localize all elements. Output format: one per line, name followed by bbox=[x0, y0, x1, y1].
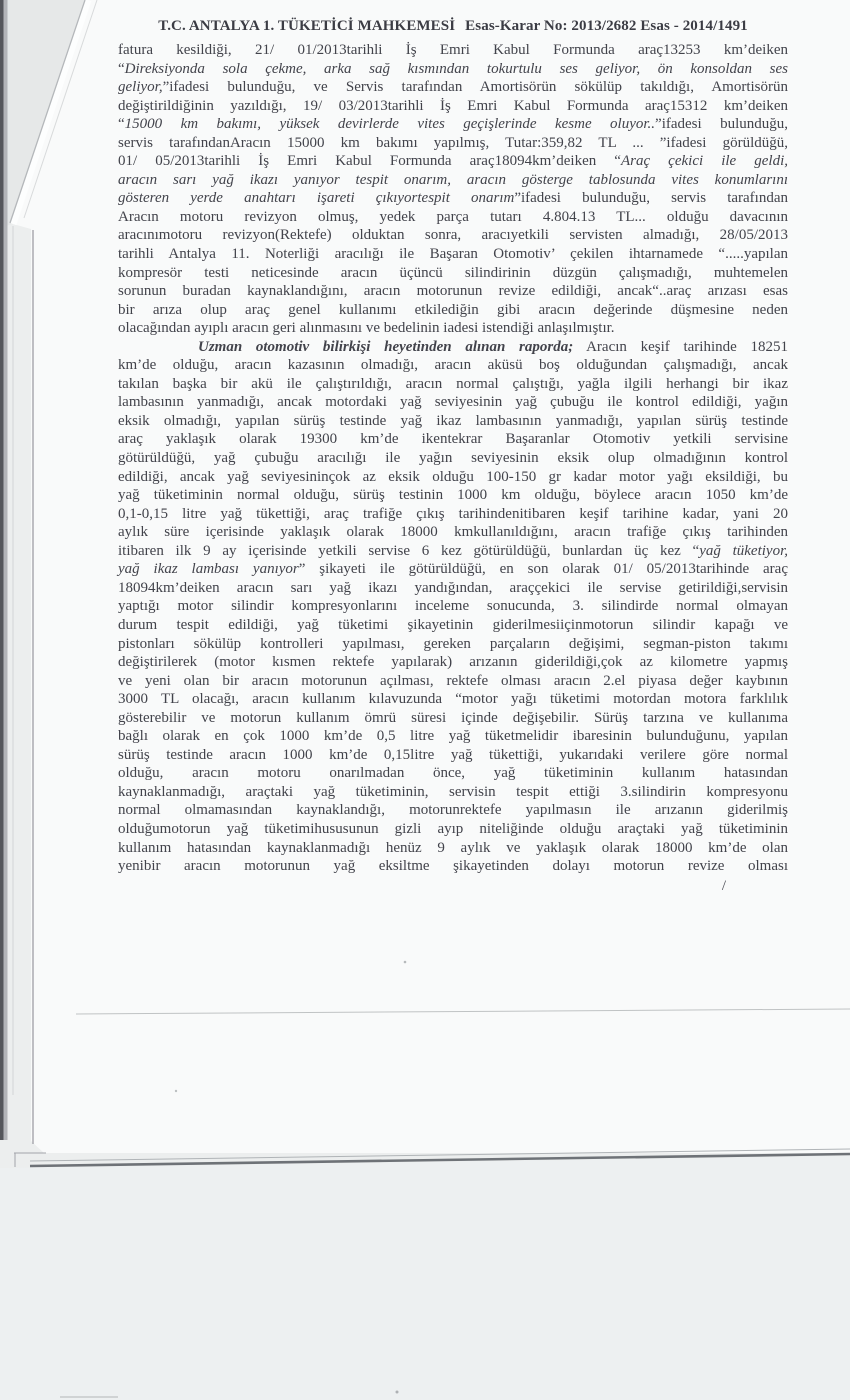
text-run: 3000 TL olacağı, aracın kullanım kılavuz… bbox=[118, 691, 788, 707]
text-run: “ bbox=[118, 116, 125, 132]
text-run: kaynaklanmadığı, araçtaki yağ tüketimini… bbox=[118, 784, 788, 800]
text-line: değiştirilerek (motor kısmen rektefe yap… bbox=[118, 653, 788, 672]
text-run: ”ifadesi bulunduğu, ve Servis tarafından… bbox=[163, 79, 788, 95]
scan-speck bbox=[404, 961, 407, 964]
case-number-value: 2013/2682 Esas - 2014/1491 bbox=[571, 18, 747, 34]
left-scan-shadow-dark bbox=[0, 0, 4, 1140]
text-line: 01/ 05/2013tarihli İş Emri Kabul Formund… bbox=[118, 152, 788, 171]
text-line: götürüldüğü, yağ çubuğu aracılığı ile ya… bbox=[118, 449, 788, 468]
text-run: “ bbox=[118, 61, 125, 77]
page-continuation-mark: / bbox=[118, 877, 788, 896]
text-run: bir arıza olup araç genel kullanımı etki… bbox=[118, 302, 788, 318]
text-line: kompresör testi neticesinde aracın üçünc… bbox=[118, 264, 788, 283]
text-line: Aracın motoru revizyon olmuş, yedek parç… bbox=[118, 208, 788, 227]
text-line: değiştirildiğinin yazıldığı, 19/ 03/2013… bbox=[118, 97, 788, 116]
document-body: fatura kesildiği, 21/ 01/2013tarihli İş … bbox=[118, 41, 788, 876]
case-number-label: Esas-Karar No: bbox=[465, 18, 567, 34]
text-line: 18094km’deiken aracın sarı yağ ikazı yan… bbox=[118, 579, 788, 598]
emphasized-text-run: 15000 km bakımı, yüksek devirlerde vites… bbox=[125, 116, 655, 132]
text-line: aracın sarı yağ ikazı yanıyor tespit ona… bbox=[118, 171, 788, 190]
text-run: servis tarafındanAracın 15000 km bakımı … bbox=[118, 135, 788, 151]
text-run: edildiği, ancak yağ seviyesininçok az ek… bbox=[118, 469, 788, 485]
text-line: servis tarafındanAracın 15000 km bakımı … bbox=[118, 134, 788, 153]
text-line: tarihli Antalya 11. Noterliği aracılığı … bbox=[118, 245, 788, 264]
lower-background bbox=[0, 1156, 850, 1400]
text-line: 0,1-0,15 litre yağ tükettiği, araç trafi… bbox=[118, 505, 788, 524]
text-run: olacağından ayıplı aracın geri alınmasın… bbox=[118, 320, 615, 336]
text-line: takılan başka bir akü ile çalıştırıldığı… bbox=[118, 375, 788, 394]
text-run: olduğu, aracın motoru onarılmadan önce, … bbox=[118, 765, 788, 781]
text-line: “15000 km bakımı, yüksek devirlerde vite… bbox=[118, 115, 788, 134]
emphasized-text-run: Uzman otomotiv bilirkişi heyetinden alın… bbox=[198, 339, 573, 355]
text-run: km’de olduğu, aracın kazasının olmadığı,… bbox=[118, 357, 788, 373]
emphasized-text-run: Direksiyonda sola çekme, arka sağ kısmın… bbox=[125, 61, 788, 77]
text-run: sürüş testinde aracın 1000 km’de 0,15lit… bbox=[118, 747, 788, 763]
emphasized-text-run: geliyor, bbox=[118, 79, 163, 95]
text-run: aracınımotoru revizyon(Rektefe) olduktan… bbox=[118, 227, 788, 243]
text-line: 3000 TL olacağı, aracın kullanım kılavuz… bbox=[118, 690, 788, 709]
text-run: kompresör testi neticesinde aracın üçünc… bbox=[118, 265, 788, 281]
text-line: fatura kesildiği, 21/ 01/2013tarihli İş … bbox=[118, 41, 788, 60]
text-line: aracınımotoru revizyon(Rektefe) olduktan… bbox=[118, 226, 788, 245]
text-line: yenibir aracın motorunun yağ eksiltme şi… bbox=[118, 857, 788, 876]
text-line: aylık süre içerisinde yaklaşık olarak 18… bbox=[118, 523, 788, 542]
text-line: olduğu, aracın motoru onarılmadan önce, … bbox=[118, 764, 788, 783]
text-line: yaptığı motor silindir kompresyonlarını … bbox=[118, 597, 788, 616]
text-line: kullanım hatasından kaynaklanmadığı henü… bbox=[118, 839, 788, 858]
text-run: olduğumotorun yağ tüketimihususunun gizl… bbox=[118, 821, 788, 837]
text-line: bağlı olarak en çok 1000 km’de 0,5 litre… bbox=[118, 727, 788, 746]
text-line: geliyor,”ifadesi bulunduğu, ve Servis ta… bbox=[118, 78, 788, 97]
text-run: ”ifadesi bulunduğu, servis tarafından bbox=[514, 190, 788, 206]
text-line: yağ tüketiminin normal olduğu, sürüş tes… bbox=[118, 486, 788, 505]
text-run: itibaren ilk 9 ay içerisinde yetkili ser… bbox=[118, 543, 699, 559]
text-line: olduğumotorun yağ tüketimihususunun gizl… bbox=[118, 820, 788, 839]
court-name: T.C. ANTALYA 1. TÜKETİCİ MAHKEMESİ bbox=[158, 18, 455, 34]
text-run: araç yaklaşık olarak 19300 km’de ikentek… bbox=[118, 431, 788, 447]
text-run: aylık süre içerisinde yaklaşık olarak 18… bbox=[118, 524, 788, 540]
text-run: kullanım hatasından kaynaklanmadığı henü… bbox=[118, 840, 788, 856]
text-run: ”ifadesi bulunduğu, bbox=[655, 116, 788, 132]
text-line: ve yeni olan bir aracın motorunun açılma… bbox=[118, 672, 788, 691]
text-run: fatura kesildiği, 21/ 01/2013tarihli İş … bbox=[118, 42, 788, 58]
text-line: araç yaklaşık olarak 19300 km’de ikentek… bbox=[118, 430, 788, 449]
text-run: bağlı olarak en çok 1000 km’de 0,5 litre… bbox=[118, 728, 788, 744]
text-line: olacağından ayıplı aracın geri alınmasın… bbox=[118, 319, 788, 338]
text-line: normal olmamasından kaynaklandığı, motor… bbox=[118, 801, 788, 820]
emphasized-text-run: aracın sarı yağ ikazı yanıyor tespit ona… bbox=[118, 172, 788, 188]
text-line: yağ ikaz lambası yanıyor” şikayeti ile g… bbox=[118, 560, 788, 579]
text-line: sürüş testinde aracın 1000 km’de 0,15lit… bbox=[118, 746, 788, 765]
text-line: gösterebilir ve motorun kullanım ömrü sü… bbox=[118, 709, 788, 728]
text-run: yağ tüketiminin normal olduğu, sürüş tes… bbox=[118, 487, 788, 503]
text-line: itibaren ilk 9 ay içerisinde yetkili ser… bbox=[118, 542, 788, 561]
text-run: ” şikayeti ile götürüldüğü, en son olara… bbox=[299, 561, 788, 577]
text-run: götürüldüğü, yağ çubuğu aracılığı ile ya… bbox=[118, 450, 788, 466]
text-run: değiştirilerek (motor kısmen rektefe yap… bbox=[118, 654, 788, 670]
text-line: km’de olduğu, aracın kazasının olmadığı,… bbox=[118, 356, 788, 375]
text-run: yaptığı motor silindir kompresyonlarını … bbox=[118, 598, 788, 614]
text-line: edildiği, ancak yağ seviyesininçok az ek… bbox=[118, 468, 788, 487]
emphasized-text-run: yağ ikaz lambası yanıyor bbox=[118, 561, 299, 577]
left-scan-shadow-light bbox=[4, 0, 8, 1140]
text-line: kaynaklanmadığı, araçtaki yağ tüketimini… bbox=[118, 783, 788, 802]
text-line: bir arıza olup araç genel kullanımı etki… bbox=[118, 301, 788, 320]
text-run: sorunun buradan kaynaklandığını, aracın … bbox=[118, 283, 788, 299]
text-line: pistonları sökülüp kontrolleri yapılması… bbox=[118, 635, 788, 654]
document-content: T.C. ANTALYA 1. TÜKETİCİ MAHKEMESİEsas-K… bbox=[118, 17, 788, 895]
text-line: Uzman otomotiv bilirkişi heyetinden alın… bbox=[118, 338, 788, 357]
text-run: Aracın motoru revizyon olmuş, yedek parç… bbox=[118, 209, 788, 225]
text-run: 0,1-0,15 litre yağ tükettiği, araç trafi… bbox=[118, 506, 788, 522]
text-run: eksik olmadığı, yapılan sürüş testinde y… bbox=[118, 413, 788, 429]
emphasized-text-run: gösteren yerde anahtarı işareti çıkıyort… bbox=[118, 190, 514, 206]
emphasized-text-run: Araç çekici ile geldi, bbox=[621, 153, 788, 169]
text-line: durum tespit edildiği, yağ tüketimi şika… bbox=[118, 616, 788, 635]
text-run: pistonları sökülüp kontrolleri yapılması… bbox=[118, 636, 788, 652]
text-run: yenibir aracın motorunun yağ eksiltme şi… bbox=[118, 858, 788, 874]
text-line: sorunun buradan kaynaklandığını, aracın … bbox=[118, 282, 788, 301]
text-run: normal olmamasından kaynaklandığı, motor… bbox=[118, 802, 788, 818]
emphasized-text-run: yağ tüketiyor, bbox=[699, 543, 788, 559]
text-line: lambasının yanmadığı, ancak motordaki ya… bbox=[118, 393, 788, 412]
text-run: gösterebilir ve motorun kullanım ömrü sü… bbox=[118, 710, 788, 726]
text-run: tarihli Antalya 11. Noterliği aracılığı … bbox=[118, 246, 788, 262]
text-run: lambasının yanmadığı, ancak motordaki ya… bbox=[118, 394, 788, 410]
text-run: ve yeni olan bir aracın motorunun açılma… bbox=[118, 673, 788, 689]
scanned-court-document: T.C. ANTALYA 1. TÜKETİCİ MAHKEMESİEsas-K… bbox=[0, 0, 850, 1400]
scan-speck bbox=[175, 1090, 177, 1092]
document-header: T.C. ANTALYA 1. TÜKETİCİ MAHKEMESİEsas-K… bbox=[118, 17, 788, 36]
text-run: değiştirildiğinin yazıldığı, 19/ 03/2013… bbox=[118, 98, 788, 114]
text-line: “Direksiyonda sola çekme, arka sağ kısmı… bbox=[118, 60, 788, 79]
text-run: durum tespit edildiği, yağ tüketimi şika… bbox=[118, 617, 788, 633]
text-line: eksik olmadığı, yapılan sürüş testinde y… bbox=[118, 412, 788, 431]
scan-speck bbox=[396, 1391, 399, 1394]
text-run: takılan başka bir akü ile çalıştırıldığı… bbox=[118, 376, 788, 392]
text-run: Aracın keşif tarihinde 18251 bbox=[573, 339, 788, 355]
text-run: 18094km’deiken aracın sarı yağ ikazı yan… bbox=[118, 580, 788, 596]
text-line: gösteren yerde anahtarı işareti çıkıyort… bbox=[118, 189, 788, 208]
text-run: 01/ 05/2013tarihli İş Emri Kabul Formund… bbox=[118, 153, 621, 169]
